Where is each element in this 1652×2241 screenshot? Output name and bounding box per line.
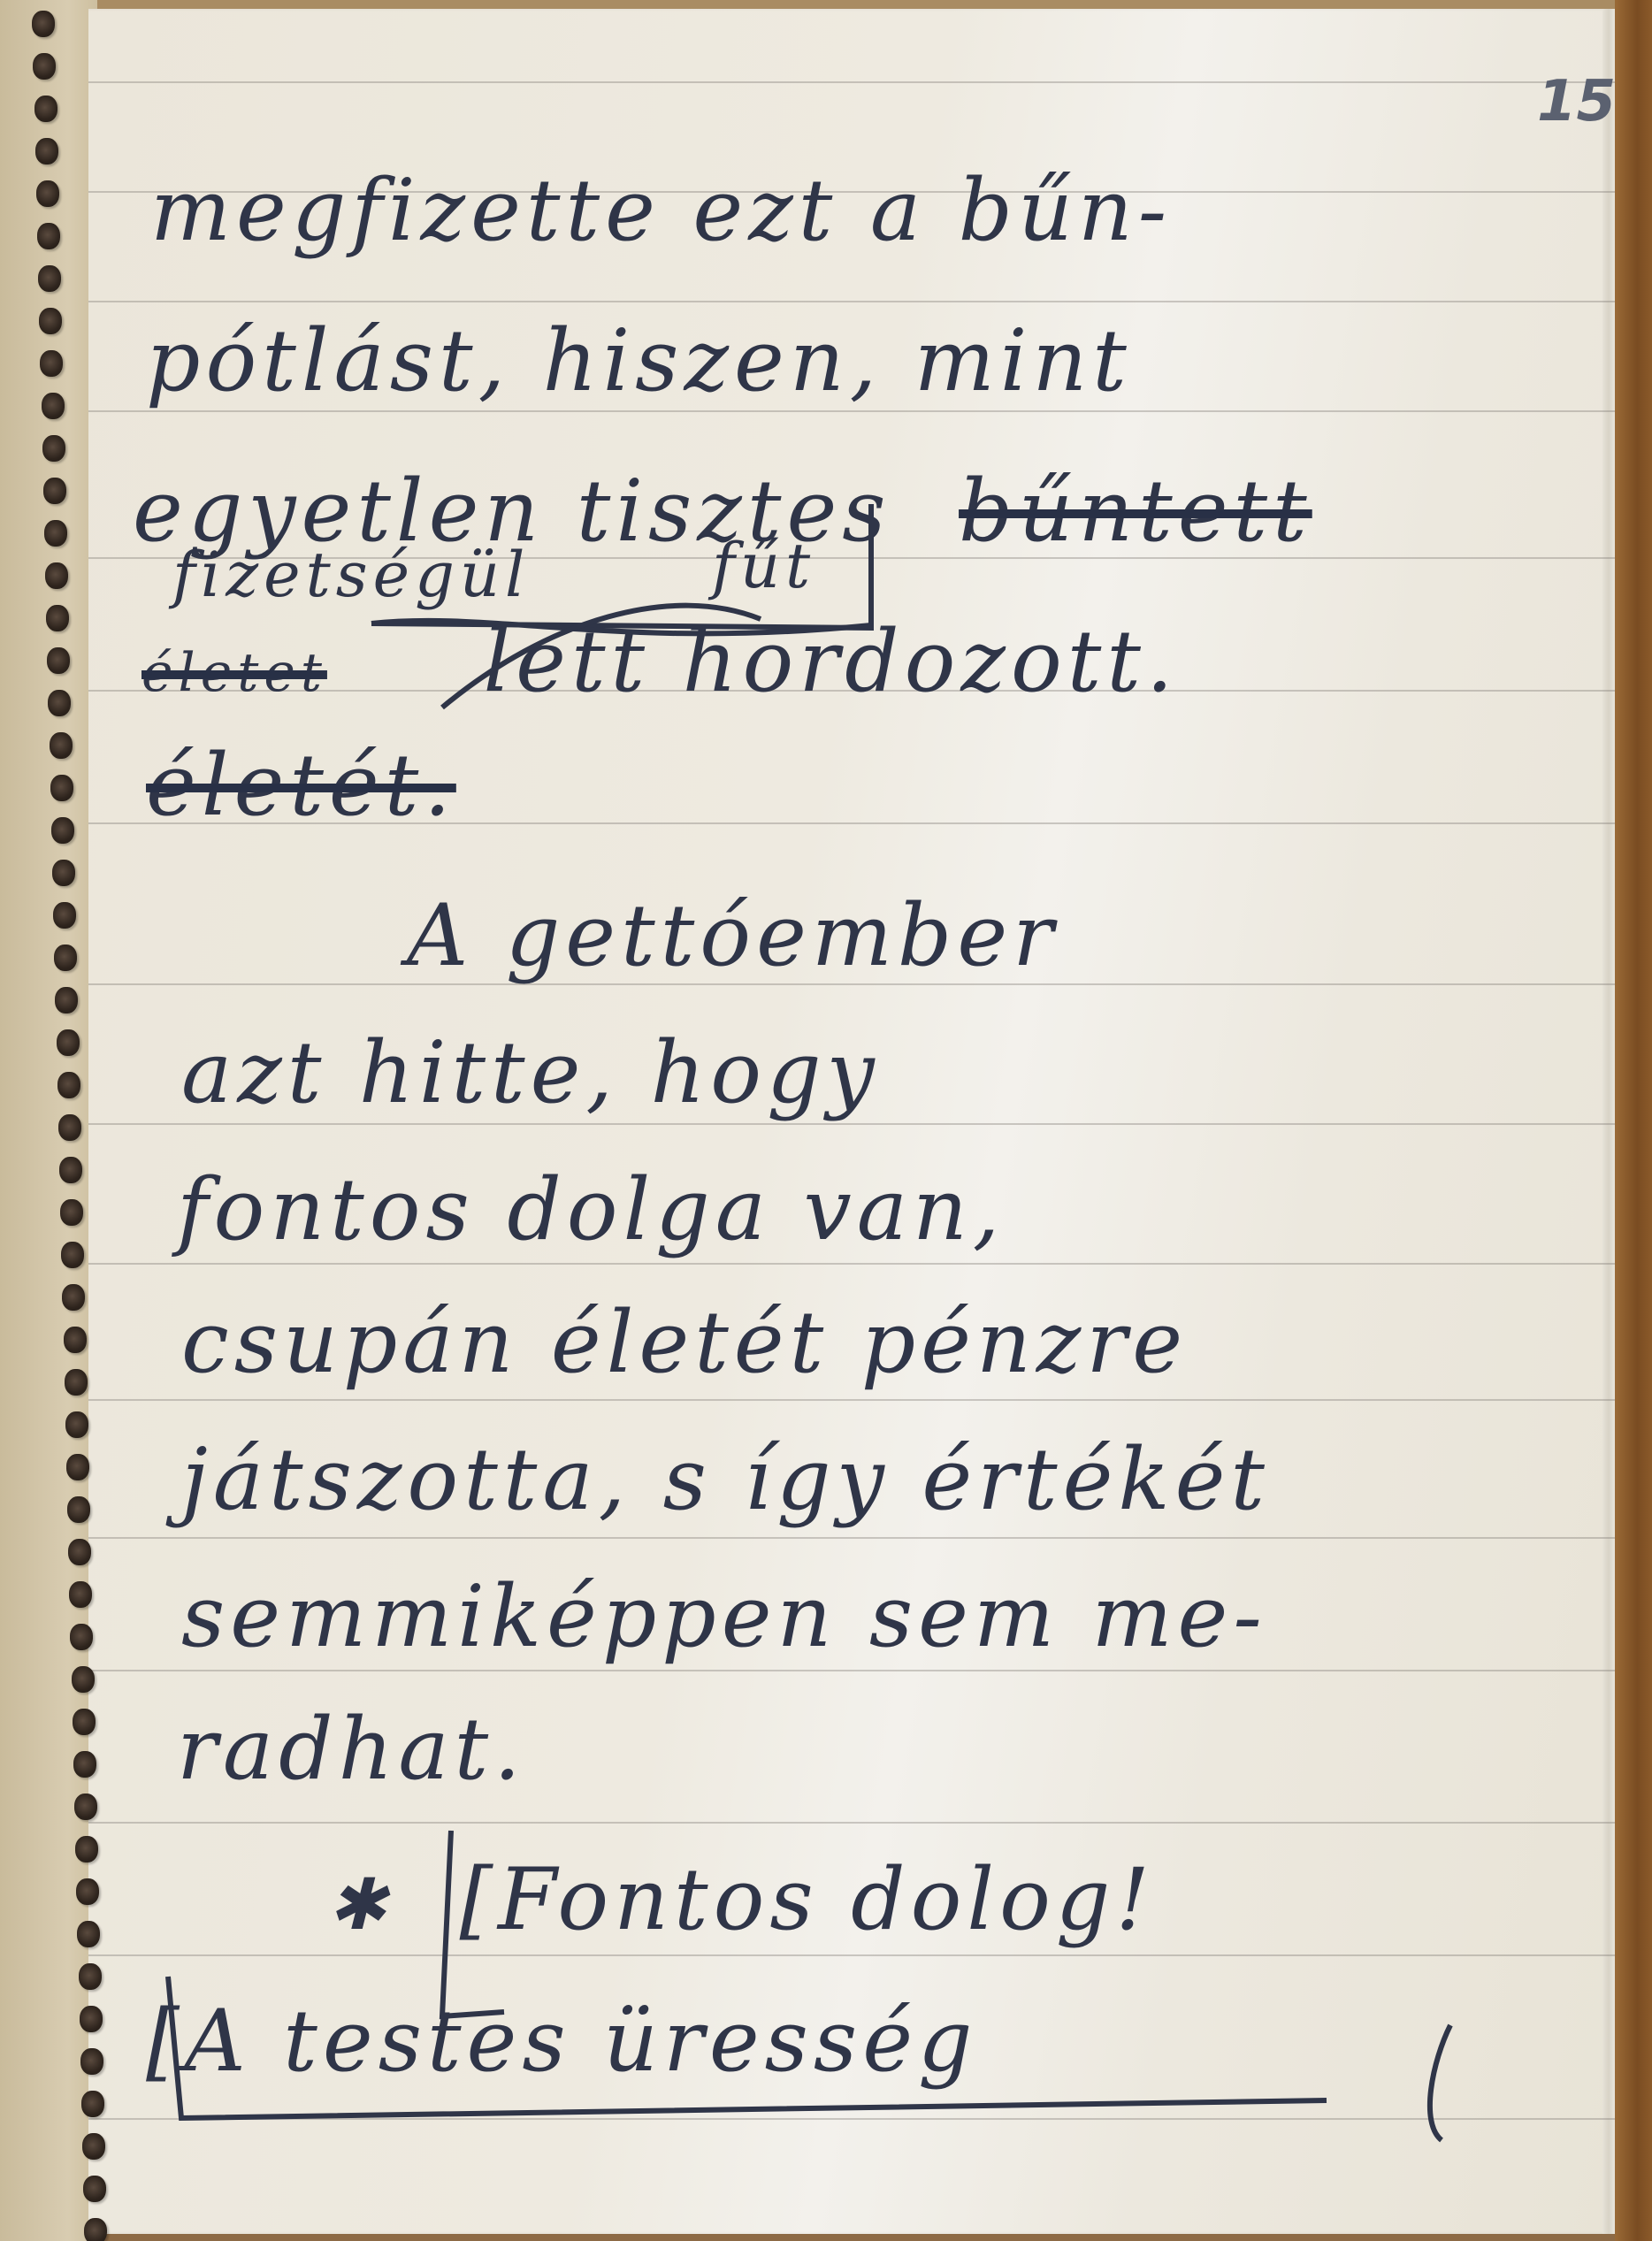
pen-strokes bbox=[0, 0, 1652, 2241]
